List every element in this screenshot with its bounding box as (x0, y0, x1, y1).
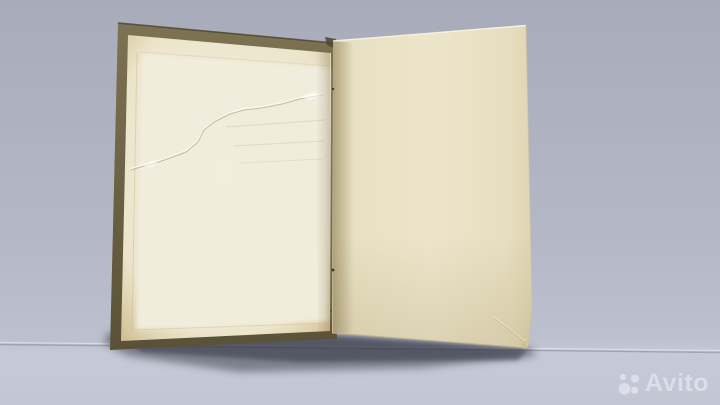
stitch-dot (332, 88, 334, 90)
left-gutter-shade (316, 50, 330, 332)
right-endpaper (332, 25, 532, 349)
left-endpaper (121, 35, 331, 341)
book-photo-illustration (0, 0, 720, 405)
product-photo: Avito (0, 0, 720, 405)
stitch-dot (332, 269, 335, 272)
stitch-dot (330, 310, 332, 312)
